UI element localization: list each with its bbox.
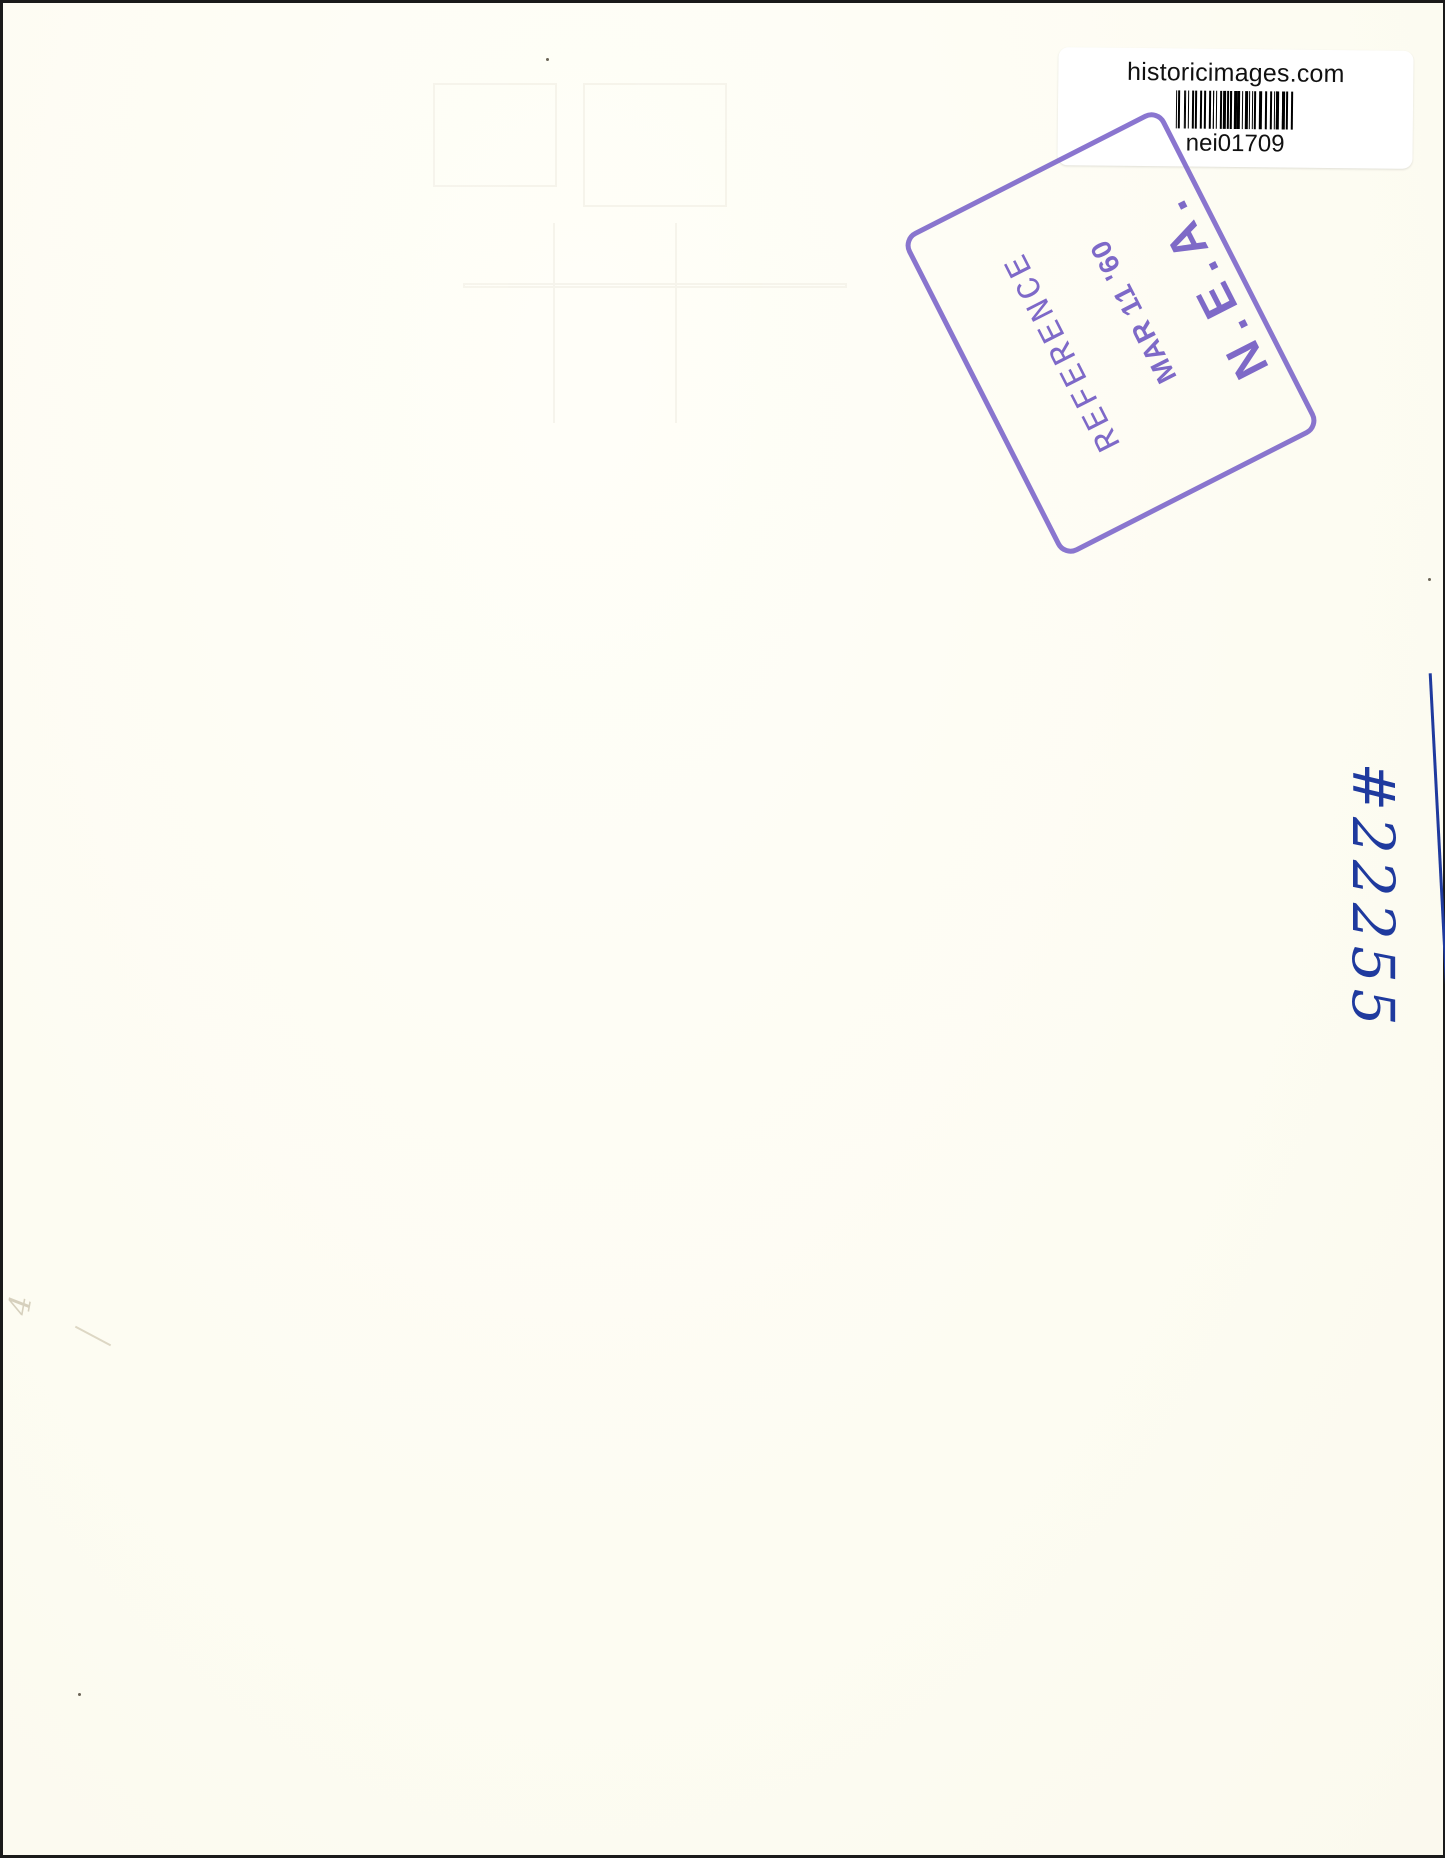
dust-speck bbox=[1428, 578, 1431, 581]
stamp-word: REFERENCE bbox=[974, 199, 1153, 501]
photo-back: historicimages.com nei01709 REFERENCE MA… bbox=[3, 3, 1443, 1855]
handwritten-number: #22255 bbox=[1303, 633, 1445, 1153]
handwritten-underline bbox=[1429, 673, 1445, 1143]
reference-stamp: REFERENCE MAR 11 '60 N.E.A. bbox=[900, 107, 1322, 559]
pencil-mark: 4 bbox=[11, 1288, 121, 1368]
pencil-mark-text: 4 bbox=[2, 1293, 40, 1318]
dust-speck bbox=[546, 58, 549, 61]
handwritten-number-text: #22255 bbox=[1339, 687, 1407, 1107]
dust-speck bbox=[78, 1693, 81, 1696]
bleed-through-image bbox=[423, 23, 923, 443]
pencil-dash bbox=[75, 1326, 111, 1347]
stamp-org: N.E.A. bbox=[1118, 139, 1303, 431]
sticker-site: historicimages.com bbox=[1058, 57, 1413, 90]
